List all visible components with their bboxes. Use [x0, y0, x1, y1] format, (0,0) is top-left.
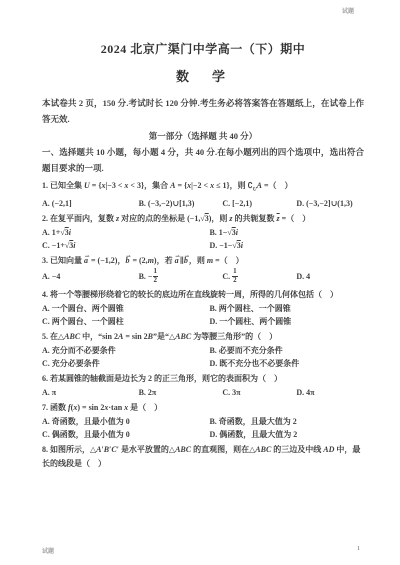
question-2-options: A. 1+√3iB. 1−√3iC. −1+√3iD. −1−√3i	[42, 226, 364, 252]
question-4-option-b: B. 两个圆柱、一个圆锥	[209, 302, 364, 315]
exam-notice: 本试卷共 2 页，150 分.考试时长 120 分钟.考生务必将答案答在答题纸上…	[42, 95, 364, 127]
question-5-option-d: D. 既不充分也不必要条件	[209, 357, 364, 370]
question-list: 1. 已知全集 U = {x|−3 < x < 3}，集合 A = {x|−2 …	[42, 179, 364, 471]
question-5-options: A. 充分而不必要条件B. 必要而不充分条件C. 充分必要条件D. 既不充分也不…	[42, 344, 364, 370]
question-3: 3. 已知向量 a = (−1,2)，b = (2,m)，若 a∥b，则 m =…	[42, 254, 364, 286]
question-7-option-c: C. 偶函数，且最小值为 0	[42, 428, 209, 441]
question-1-option-c: C. [−2,1)	[222, 197, 296, 210]
page-number: 1	[357, 546, 360, 555]
question-4-options: A. 一个圆台、两个圆锥B. 两个圆柱、一个圆锥C. 两个圆台、一个圆柱D. 一…	[42, 302, 364, 328]
question-3-option-a: A. −4	[42, 268, 139, 286]
question-1-option-a: A. (−2,1]	[42, 197, 139, 210]
section-instruction: 一、选择题共 10 小题，每小题 4 分，共 40 分.在每小题列出的四个选项中…	[42, 144, 364, 176]
question-8: 8. 如图所示，△A′B′C′ 是水平放置的△ABC 的直观图，则在△ABC 的…	[42, 443, 364, 471]
question-5-stem: 5. 在△ABC 中，“sin 2A = sin 2B”是“△ABC 为等腰三角…	[42, 330, 364, 344]
question-6-option-d: D. 4π	[296, 386, 364, 399]
question-1-option-b: B. (−3,−2)∪[1,3)	[139, 197, 223, 210]
question-1: 1. 已知全集 U = {x|−3 < x < 3}，集合 A = {x|−2 …	[42, 179, 364, 210]
question-2: 2. 在复平面内，复数 z 对应的点的坐标是 (−1,√3)，则 z 的共轭复数…	[42, 212, 364, 252]
question-7-option-b: B. 奇函数，且最大值为 2	[209, 415, 364, 428]
question-5-option-c: C. 充分必要条件	[42, 357, 209, 370]
question-1-option-d: D. (−3,−2]∪(1,3)	[296, 197, 364, 210]
question-8-stem: 8. 如图所示，△A′B′C′ 是水平放置的△ABC 的直观图，则在△ABC 的…	[42, 443, 364, 471]
question-1-stem: 1. 已知全集 U = {x|−3 < x < 3}，集合 A = {x|−2 …	[42, 179, 364, 197]
question-2-option-b: B. 1−√3i	[209, 226, 364, 239]
question-6-option-c: C. 3π	[222, 386, 296, 399]
question-2-option-d: D. −1−√3i	[209, 239, 364, 252]
question-1-options: A. (−2,1]B. (−3,−2)∪[1,3)C. [−2,1)D. (−3…	[42, 197, 364, 210]
question-5-option-a: A. 充分而不必要条件	[42, 344, 209, 357]
question-7: 7. 函数 f(x) = sin 2x·tan x 是（ ）A. 奇函数，且最小…	[42, 401, 364, 441]
question-4: 4. 将一个等腰梯形绕着它的较长的底边所在直线旋转一周，所得的几何体包括（ ）A…	[42, 288, 364, 328]
page-footer: 试题 1	[42, 546, 360, 555]
question-6-options: A. πB. 2πC. 3πD. 4π	[42, 386, 364, 399]
question-3-option-c: C. 12	[222, 268, 296, 286]
section-heading: 第一部分（选择题 共 40 分）	[42, 128, 364, 144]
question-4-option-c: C. 两个圆台、一个圆柱	[42, 315, 209, 328]
exam-page: 试题 2024 北京广渠门中学高一（下）期中 数 学 本试卷共 2 页，150 …	[0, 0, 400, 565]
question-6-stem: 6. 若某圆锥的轴截面是边长为 2 的正三角形，则它的表面积为（ ）	[42, 372, 364, 386]
question-4-option-d: D. 一个圆柱、两个圆锥	[209, 315, 364, 328]
question-4-option-a: A. 一个圆台、两个圆锥	[42, 302, 209, 315]
question-3-stem: 3. 已知向量 a = (−1,2)，b = (2,m)，若 a∥b，则 m =…	[42, 254, 364, 268]
question-4-stem: 4. 将一个等腰梯形绕着它的较长的底边所在直线旋转一周，所得的几何体包括（ ）	[42, 288, 364, 302]
header-doc-tag: 试题	[342, 6, 354, 15]
page-title: 2024 北京广渠门中学高一（下）期中	[42, 40, 364, 57]
subject-title: 数 学	[42, 66, 364, 85]
question-3-option-b: B. −12	[139, 268, 223, 286]
question-6-option-a: A. π	[42, 386, 139, 399]
question-7-stem: 7. 函数 f(x) = sin 2x·tan x 是（ ）	[42, 401, 364, 415]
question-7-option-a: A. 奇函数，且最小值为 0	[42, 415, 209, 428]
question-7-options: A. 奇函数，且最小值为 0B. 奇函数，且最大值为 2C. 偶函数，且最小值为…	[42, 415, 364, 441]
question-3-option-d: D. 4	[296, 268, 364, 286]
question-6: 6. 若某圆锥的轴截面是边长为 2 的正三角形，则它的表面积为（ ）A. πB.…	[42, 372, 364, 399]
question-5: 5. 在△ABC 中，“sin 2A = sin 2B”是“△ABC 为等腰三角…	[42, 330, 364, 370]
question-7-option-d: D. 偶函数，且最大值为 2	[209, 428, 364, 441]
question-2-option-a: A. 1+√3i	[42, 226, 209, 239]
footer-doc-tag: 试题	[42, 546, 54, 555]
question-2-stem: 2. 在复平面内，复数 z 对应的点的坐标是 (−1,√3)，则 z 的共轭复数…	[42, 212, 364, 226]
question-3-options: A. −4B. −12C. 12D. 4	[42, 268, 364, 286]
question-6-option-b: B. 2π	[139, 386, 223, 399]
question-5-option-b: B. 必要而不充分条件	[209, 344, 364, 357]
